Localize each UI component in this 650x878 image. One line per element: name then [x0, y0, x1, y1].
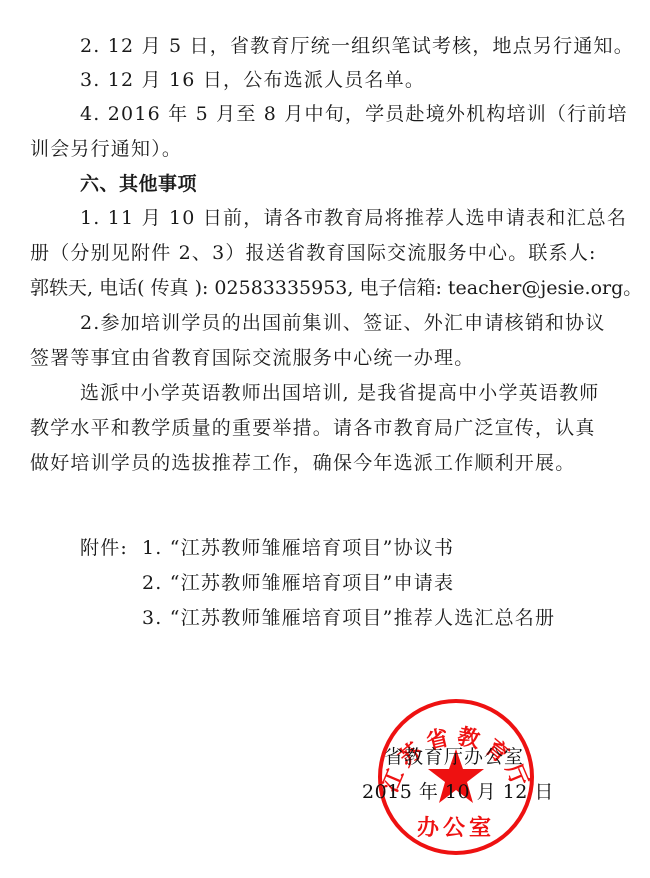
official-seal-icon: 江苏省教育厅 办公室 [376, 697, 536, 857]
attachment-item-1: 1. “江苏教师雏雁培育项目”协议书 [142, 536, 454, 560]
section-item-1-contact-line: 郭轶天, 电话( 传真 ): 02583335953, 电子信箱: teache… [30, 276, 642, 300]
attachment-item-3: 3. “江苏教师雏雁培育项目”推荐人选汇总名册 [142, 606, 555, 630]
section-heading: 六、其他事项 [80, 172, 197, 196]
svg-text:办公室: 办公室 [417, 815, 495, 841]
closing-line-1: 选派中小学英语教师出国培训, 是我省提高中小学英语教师 [80, 381, 599, 405]
schedule-item-4-continued: 训会另行通知）。 [30, 137, 182, 161]
section-item-1-line-2: 册（分别见附件 2、3）报送省教育国际交流服务中心。联系人: [30, 241, 597, 265]
closing-line-2: 教学水平和教学质量的重要举措。请各市教育局广泛宣传，认真 [30, 416, 596, 440]
section-item-2-line-1: 2.参加培训学员的出国前集训、签证、外汇申请核销和协议 [80, 311, 606, 335]
section-item-1-line-1: 1. 11 月 10 日前，请各市教育局将推荐人选申请表和汇总名 [80, 206, 627, 230]
attachment-item-2: 2. “江苏教师雏雁培育项目”申请表 [142, 571, 454, 595]
schedule-item-3: 3. 12 月 16 日，公布选派人员名单。 [80, 68, 425, 92]
schedule-item-4: 4. 2016 年 5 月至 8 月中旬，学员赴境外机构培训（行前培 [80, 102, 628, 126]
issue-date: 2015 年 10 月 12 日 [362, 780, 554, 804]
closing-line-3: 做好培训学员的选拔推荐工作，确保今年选派工作顺利开展。 [30, 451, 575, 475]
issuer-name: 省教育厅办公室 [384, 745, 524, 769]
section-item-2-line-2: 签署等事宜由省教育国际交流服务中心统一办理。 [30, 346, 474, 370]
schedule-item-2: 2. 12 月 5 日，省教育厅统一组织笔试考核，地点另行通知。 [80, 34, 634, 58]
attachments-label: 附件: [80, 536, 128, 560]
